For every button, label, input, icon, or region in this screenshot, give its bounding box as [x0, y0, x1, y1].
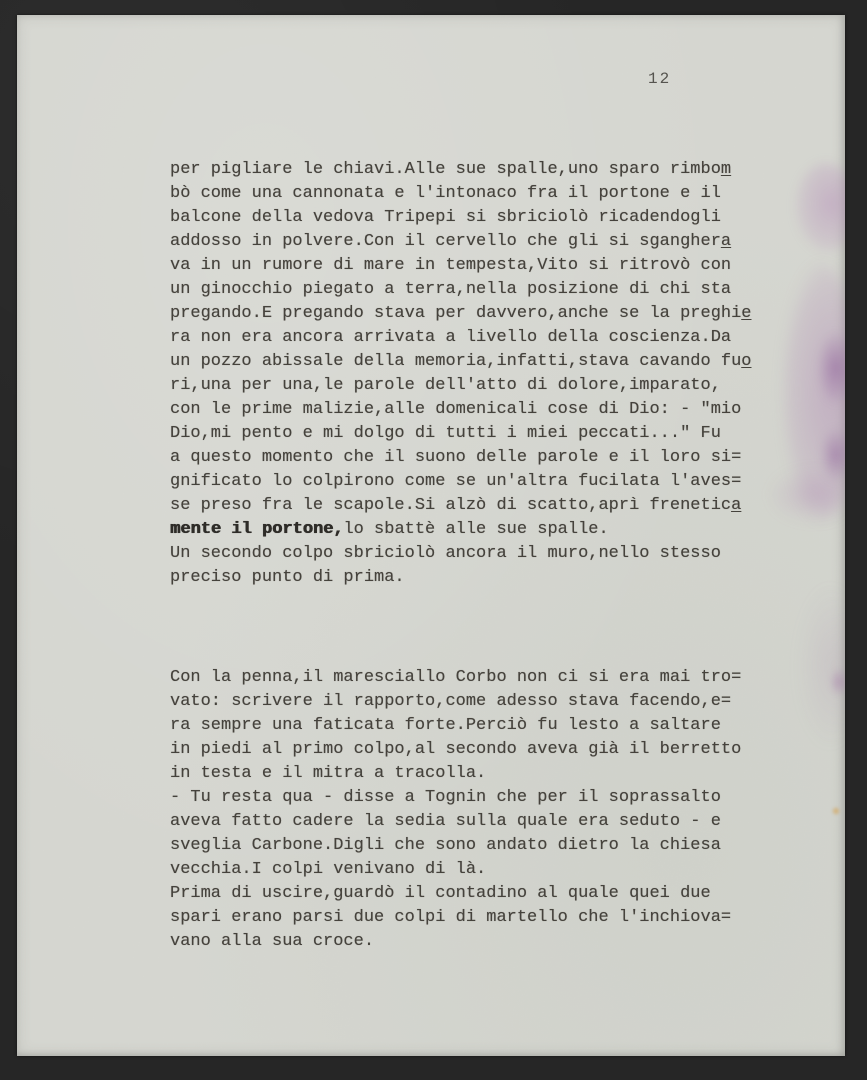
text-line: un pozzo abissale della memoria,infatti,…: [170, 350, 830, 374]
text-segment: o: [741, 352, 751, 371]
text-segment: Con la penna,il maresciallo Corbo non ci…: [170, 668, 741, 687]
text-line: - Tu resta qua - disse a Tognin che per …: [170, 786, 830, 810]
text-segment: Un secondo colpo sbriciolò ancora il mur…: [170, 544, 721, 563]
text-segment: e: [741, 304, 751, 323]
text-segment: con le prime malizie,alle domenicali cos…: [170, 400, 741, 419]
text-line: aveva fatto cadere la sedia sulla quale …: [170, 810, 830, 834]
text-line: per pigliare le chiavi.Alle sue spalle,u…: [170, 158, 830, 182]
text-segment: m: [721, 160, 731, 179]
scan-background: 12 per pigliare le chiavi.Alle sue spall…: [0, 0, 867, 1080]
text-line: a questo momento che il suono delle paro…: [170, 446, 830, 470]
text-segment: aveva fatto cadere la sedia sulla quale …: [170, 812, 721, 831]
text-segment: Prima di uscire,guardò il contadino al q…: [170, 884, 711, 903]
text-line: balcone della vedova Tripepi si sbriciol…: [170, 206, 830, 230]
text-segment: spari erano parsi due colpi di martello …: [170, 908, 731, 927]
text-segment: lo sbattè alle sue spalle.: [343, 520, 608, 539]
paragraph-1: per pigliare le chiavi.Alle sue spalle,u…: [170, 158, 830, 590]
paper-page: 12 per pigliare le chiavi.Alle sue spall…: [17, 15, 845, 1056]
text-line: sveglia Carbone.Digli che sono andato di…: [170, 834, 830, 858]
text-line: ra sempre una faticata forte.Perciò fu l…: [170, 714, 830, 738]
text-segment: a questo momento che il suono delle paro…: [170, 448, 741, 467]
text-line: vano alla sua croce.: [170, 930, 830, 954]
text-segment: in testa e il mitra a tracolla.: [170, 764, 486, 783]
orange-speck: [831, 806, 841, 816]
text-line: in piedi al primo colpo,al secondo aveva…: [170, 738, 830, 762]
text-line: bò come una cannonata e l'intonaco fra i…: [170, 182, 830, 206]
text-segment: vano alla sua croce.: [170, 932, 374, 951]
text-segment: bò come una cannonata e l'intonaco fra i…: [170, 184, 721, 203]
text-segment: addosso in polvere.Con il cervello che g…: [170, 232, 721, 251]
text-segment: vato: scrivere il rapporto,come adesso s…: [170, 692, 731, 711]
text-blocks: per pigliare le chiavi.Alle sue spalle,u…: [170, 158, 830, 954]
paragraph-2: Con la penna,il maresciallo Corbo non ci…: [170, 666, 830, 954]
text-segment: mente il portone,: [170, 520, 343, 539]
text-segment: gnificato lo colpirono come se un'altra …: [170, 472, 741, 491]
text-line: vato: scrivere il rapporto,come adesso s…: [170, 690, 830, 714]
text-segment: per pigliare le chiavi.Alle sue spalle,u…: [170, 160, 721, 179]
text-line: spari erano parsi due colpi di martello …: [170, 906, 830, 930]
text-line: va in un rumore di mare in tempesta,Vito…: [170, 254, 830, 278]
text-line: gnificato lo colpirono come se un'altra …: [170, 470, 830, 494]
text-segment: pregando.E pregando stava per davvero,an…: [170, 304, 741, 323]
text-segment: ra non era ancora arrivata a livello del…: [170, 328, 731, 347]
ink-stain-spot: [829, 667, 845, 697]
text-segment: sveglia Carbone.Digli che sono andato di…: [170, 836, 721, 855]
text-line: Prima di uscire,guardò il contadino al q…: [170, 882, 830, 906]
text-segment: preciso punto di prima.: [170, 568, 405, 587]
text-line: se preso fra le scapole.Si alzò di scatt…: [170, 494, 830, 518]
text-segment: Dio,mi pento e mi dolgo di tutti i miei …: [170, 424, 721, 443]
text-segment: un pozzo abissale della memoria,infatti,…: [170, 352, 741, 371]
text-line: addosso in polvere.Con il cervello che g…: [170, 230, 830, 254]
text-segment: va in un rumore di mare in tempesta,Vito…: [170, 256, 731, 275]
text-segment: a: [721, 232, 731, 251]
text-line: pregando.E pregando stava per davvero,an…: [170, 302, 830, 326]
text-line: ra non era ancora arrivata a livello del…: [170, 326, 830, 350]
text-segment: balcone della vedova Tripepi si sbriciol…: [170, 208, 721, 227]
text-line: con le prime malizie,alle domenicali cos…: [170, 398, 830, 422]
text-line: preciso punto di prima.: [170, 566, 830, 590]
text-line: Un secondo colpo sbriciolò ancora il mur…: [170, 542, 830, 566]
text-line: vecchia.I colpi venivano di là.: [170, 858, 830, 882]
page-number: 12: [648, 70, 671, 88]
text-segment: un ginocchio piegato a terra,nella posiz…: [170, 280, 731, 299]
text-segment: ri,una per una,le parole dell'atto di do…: [170, 376, 721, 395]
text-segment: in piedi al primo colpo,al secondo aveva…: [170, 740, 741, 759]
text-segment: se preso fra le scapole.Si alzò di scatt…: [170, 496, 731, 515]
text-line: Dio,mi pento e mi dolgo di tutti i miei …: [170, 422, 830, 446]
text-line: mente il portone,lo sbattè alle sue spal…: [170, 518, 830, 542]
text-line: in testa e il mitra a tracolla.: [170, 762, 830, 786]
text-segment: a: [731, 496, 741, 515]
text-line: un ginocchio piegato a terra,nella posiz…: [170, 278, 830, 302]
text-line: Con la penna,il maresciallo Corbo non ci…: [170, 666, 830, 690]
text-segment: - Tu resta qua - disse a Tognin che per …: [170, 788, 721, 807]
text-line: ri,una per una,le parole dell'atto di do…: [170, 374, 830, 398]
text-segment: vecchia.I colpi venivano di là.: [170, 860, 486, 879]
text-segment: ra sempre una faticata forte.Perciò fu l…: [170, 716, 721, 735]
